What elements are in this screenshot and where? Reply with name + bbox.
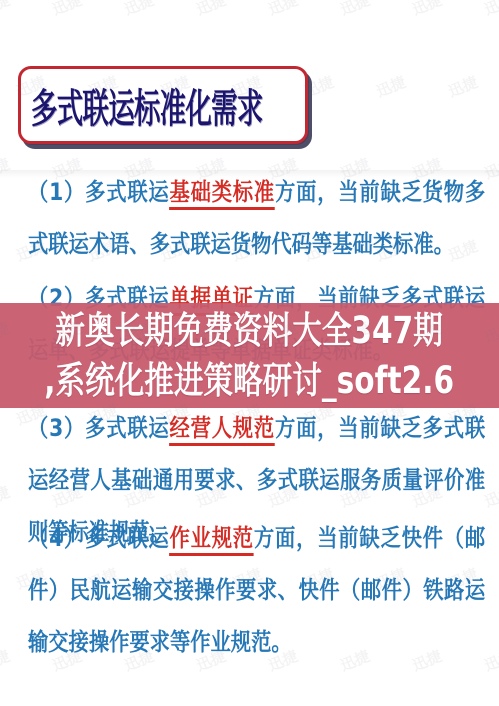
ad-banner-line1: 新奥长期免费资料大全347期 bbox=[56, 308, 443, 354]
highlighted-term: 经营人规范 bbox=[170, 414, 275, 446]
text-segment: （4）多式联运 bbox=[28, 524, 170, 552]
text-segment: （3）多式联运 bbox=[28, 414, 170, 442]
highlighted-term: 基础类标准 bbox=[170, 178, 275, 210]
page-title: 多式联运标准化需求 bbox=[31, 77, 263, 134]
ad-overlay-banner[interactable]: 新奥长期免费资料大全347期 ,系统化推进策略研讨_soft2.6 bbox=[0, 303, 499, 408]
slide-page: 多式联运标准化需求 （1）多式联运基础类标准方面，当前缺乏货物多式联运术语、多式… bbox=[0, 0, 499, 706]
ad-banner-line2: ,系统化推进策略研讨_soft2.6 bbox=[45, 358, 455, 404]
point-paragraph-4: （4）多式联运作业规范方面，当前缺乏快件（邮件）民航运输交接操作要求、快件（邮件… bbox=[28, 512, 485, 668]
highlighted-term: 作业规范 bbox=[170, 524, 254, 556]
title-box: 多式联运标准化需求 bbox=[18, 66, 308, 144]
point-paragraph-1: （1）多式联运基础类标准方面，当前缺乏货物多式联运术语、多式联运货物代码等基础类… bbox=[28, 166, 485, 270]
text-segment: （1）多式联运 bbox=[28, 178, 170, 206]
